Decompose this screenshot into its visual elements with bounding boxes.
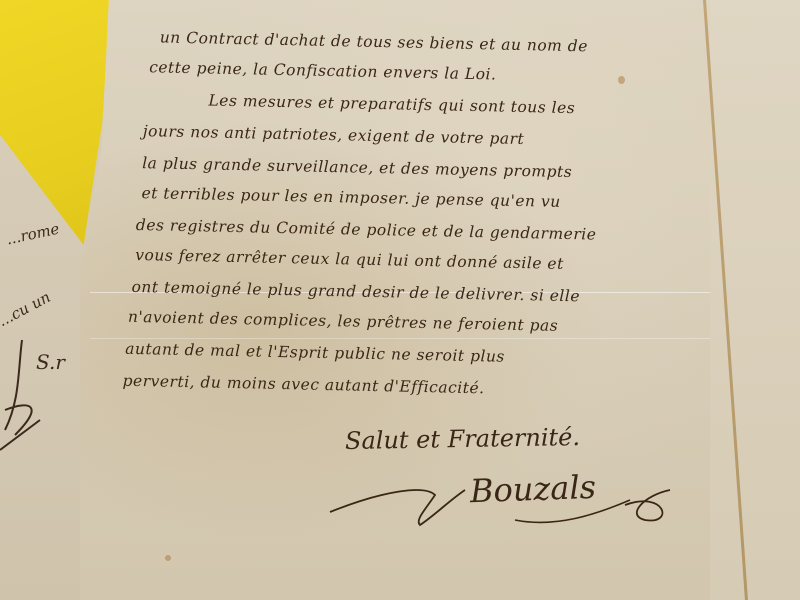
photo-scene: ...rome ...cu un S.r un Contract d'achat… xyxy=(0,0,800,600)
back-fragment: ...rome xyxy=(5,220,61,249)
ink-stain xyxy=(618,76,625,84)
closing-salutation: Salut et Fraternité. xyxy=(345,423,580,455)
back-flourish xyxy=(0,340,60,460)
ink-stain xyxy=(165,555,171,561)
back-fragment: ...cu un xyxy=(0,288,53,330)
paper-crease xyxy=(90,338,710,339)
signature: Bouzals xyxy=(469,468,596,510)
